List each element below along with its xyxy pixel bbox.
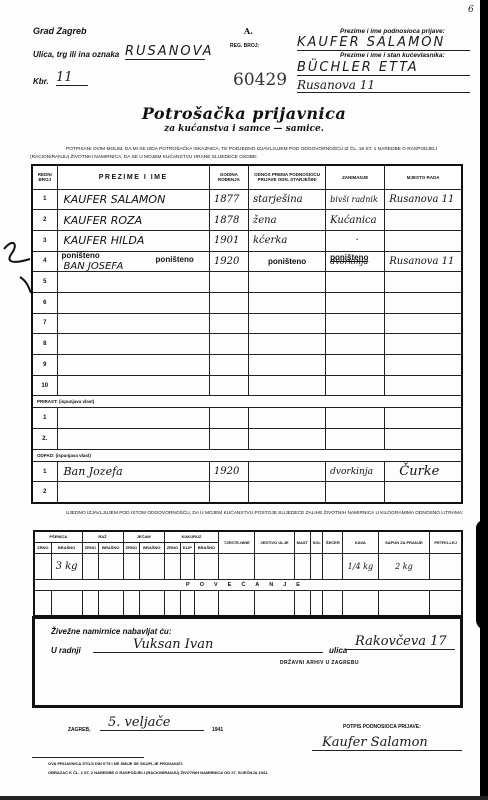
- supply-value: [194, 553, 219, 579]
- arrivals-section-header: PRIRAST: (ispunjava vlast): [32, 396, 462, 408]
- row-number: 2: [32, 210, 57, 231]
- increase-values-row: [34, 590, 462, 616]
- regulation-note: OBRAZAC K ČL. 2 ST. 2 NAREDBE O RASPODJE…: [48, 770, 268, 775]
- date-value: 5. veljače: [100, 715, 204, 731]
- table-row: 5: [32, 272, 462, 293]
- member-workplace: Rusanova 11: [385, 251, 462, 272]
- corner-mark: 6: [468, 5, 474, 15]
- member-occupation: Kućanica: [326, 210, 385, 231]
- shop-label: U radnji: [51, 646, 81, 655]
- departures-label: ODPAD: (ispunjava vlast): [32, 449, 462, 461]
- group-header-corn: KUKURUZ: [164, 531, 219, 542]
- applicant-label: Prezime i ime podnosioca prijave:: [340, 28, 445, 35]
- supply-value: 2 kg: [378, 553, 430, 579]
- table-row: 2: [32, 482, 462, 503]
- supply-value: [430, 553, 462, 579]
- row-number: 4: [32, 251, 57, 272]
- table-row: 8: [32, 334, 462, 355]
- landlord-address: Rusanova 11: [297, 78, 470, 93]
- supply-value: [311, 553, 323, 579]
- member-birth-year: 1901: [209, 230, 248, 251]
- col-header-relation: ODNOS PREMA PODNOSIOCU PRIJAVE ODN. STAR…: [248, 165, 325, 189]
- row-number: 7: [32, 313, 57, 334]
- shop-assignment-box: Živežne namirnice nabavljat ću: U radnji…: [32, 616, 463, 708]
- table-row: 1 Ban Jozefa 1920 dvorkinja Čurke: [32, 461, 462, 482]
- table-row: 7: [32, 313, 462, 334]
- increase-section-label: POVEĆANJE: [34, 579, 462, 590]
- col-header-birth-year: GODINA ROĐENJA: [209, 165, 248, 189]
- registration-label: REG. BROJ:: [230, 43, 259, 49]
- subheader-flour: BRAŠNO: [194, 542, 219, 553]
- member-workplace: Rusanova 11: [385, 189, 462, 210]
- col-header-sugar: ŠEĆER: [323, 531, 343, 553]
- place-label: ZAGREB,: [68, 727, 91, 733]
- member-birth-year: 1877: [209, 189, 248, 210]
- subheader-cob: KLIP: [181, 542, 195, 553]
- table-row: 2 KAUFER ROZA 1878 žena Kućanica: [32, 210, 462, 231]
- row-number: 5: [32, 272, 57, 293]
- member-relation: starješina: [248, 189, 325, 210]
- group-header-wheat: PŠENICA: [34, 531, 82, 542]
- departures-section-header: ODPAD: (ispunjava vlast): [32, 449, 462, 461]
- member-relation: kćerka: [248, 230, 325, 251]
- member-relation: žena: [248, 210, 325, 231]
- scan-edge-damage: [476, 520, 488, 630]
- food-supplies-table: PŠENICA RAŽ JEČAM KUKURUZ TJESTE-NINE JE…: [33, 530, 463, 617]
- subheader-grain: ZRNO: [82, 542, 99, 553]
- year-value: 1941: [212, 727, 223, 733]
- archive-stamp: DRŽAVNI ARHIV U ZAGREBU: [280, 660, 359, 666]
- row-number: 6: [32, 292, 57, 313]
- city-name: Grad Zagreb: [33, 26, 87, 36]
- supply-value: 1/4 kg: [343, 553, 378, 579]
- cancelled-stamp: poništeno: [156, 255, 194, 264]
- col-header-pasta: TJESTE-NINE: [219, 531, 255, 553]
- col-header-soap: SAPUN ZA PRANJE: [378, 531, 430, 553]
- form-letter: A.: [244, 26, 253, 36]
- table-row: 6: [32, 292, 462, 313]
- subheader-flour: BRAŠNO: [51, 542, 82, 553]
- table-row: 1 KAUFER SALAMON 1877 starješina bivši r…: [32, 189, 462, 210]
- member-name: KAUFER HILDA: [57, 230, 209, 251]
- shop-box-label: Živežne namirnice nabavljat ću:: [51, 627, 171, 636]
- table-row: 3 KAUFER HILDA 1901 kćerka ·: [32, 230, 462, 251]
- supply-value: [164, 553, 181, 579]
- supply-value: [82, 553, 99, 579]
- member-occupation: bivši radnik: [326, 189, 385, 210]
- house-number-value: 11: [56, 70, 88, 86]
- shop-street: Rakovčeva 17: [345, 634, 455, 650]
- col-header-number: REDNI BROJ: [32, 165, 57, 189]
- row-number: 10: [32, 375, 57, 396]
- declaration-text: POTPISANI OVIM MOLIM, DA MI SE IZDA POTR…: [30, 146, 470, 162]
- subheader-grain: ZRNO: [164, 542, 181, 553]
- row-number: 1: [32, 461, 57, 482]
- supply-value: [323, 553, 343, 579]
- row-number: 1: [32, 408, 57, 429]
- price-note: OVA PRIJAVNICA STOJI DIN 0'75 I NE SMIJE…: [48, 761, 183, 766]
- row-number: 2.: [32, 429, 57, 450]
- signature: Kaufer Salamon: [312, 735, 462, 751]
- supply-value: [255, 553, 294, 579]
- supply-value: [34, 553, 51, 579]
- signature-label: POTPIS PODNOSIOCA PRIJAVE:: [343, 724, 421, 730]
- member-birth-year: 1920: [209, 251, 248, 272]
- table-row-cancelled: 4 poništeno BAN JOSEFA poništeno 1920 po…: [32, 251, 462, 272]
- table-row: 10: [32, 375, 462, 396]
- footer-divider: [32, 757, 144, 758]
- row-number: 9: [32, 355, 57, 376]
- supply-value: 3 kg: [51, 553, 82, 579]
- departed-relation: [248, 461, 325, 482]
- table-row: 2.: [32, 429, 462, 450]
- scan-bottom-edge: [0, 796, 488, 800]
- street-value: RUSANOVA: [125, 44, 205, 60]
- street-label: Ulica, trg ili ina oznaka: [33, 50, 119, 59]
- supply-value: [294, 553, 311, 579]
- supply-value: [219, 553, 255, 579]
- supplies-declaration: UJEDNO IZJAVLJUJEM POD ISTOM ODGOVORNOŠĆ…: [30, 510, 470, 518]
- subheader-grain: ZRNO: [34, 542, 51, 553]
- applicant-value: KAUFER SALAMON: [297, 35, 470, 51]
- member-birth-year: 1878: [209, 210, 248, 231]
- supply-value: [99, 553, 124, 579]
- subheader-grain: ZRNO: [123, 542, 140, 553]
- landlord-name: BÜCHLER ETTA: [297, 60, 470, 76]
- cancelled-stamp: poništeno: [62, 251, 100, 260]
- col-header-name: PREZIME I IME: [57, 165, 209, 189]
- cancelled-stamp: poništeno: [268, 257, 306, 266]
- landlord-label: Prezime i ime i stan kućevlasnika:: [340, 52, 445, 59]
- col-header-oil: JESTIVO ULJE: [255, 531, 294, 553]
- form-title: Potrošačka prijavnica: [0, 104, 488, 123]
- subheader-flour: BRAŠNO: [140, 542, 165, 553]
- form-subtitle: za kućanstva i samce — samice.: [0, 124, 488, 134]
- departed-birth-year: 1920: [209, 461, 248, 482]
- supply-value: [181, 553, 195, 579]
- departed-occupation: dvorkinja: [326, 461, 385, 482]
- table-row: 1: [32, 408, 462, 429]
- member-name: KAUFER ROZA: [57, 210, 209, 231]
- table-header-row: REDNI BROJ PREZIME I IME GODINA ROĐENJA …: [32, 165, 462, 189]
- departed-destination: Čurke: [385, 461, 462, 482]
- supply-value: [123, 553, 140, 579]
- col-header-lard: MAST: [294, 531, 311, 553]
- table-row: 9: [32, 355, 462, 376]
- cancelled-stamp: poništeno: [330, 253, 368, 262]
- member-occupation: ·: [326, 230, 385, 251]
- col-header-kerosene: PETRO-LEJ: [430, 531, 462, 553]
- group-header-barley: JEČAM: [123, 531, 164, 542]
- group-header-rye: RAŽ: [82, 531, 123, 542]
- member-workplace: [385, 230, 462, 251]
- member-workplace: [385, 210, 462, 231]
- row-number: 3: [32, 230, 57, 251]
- row-number: 2: [32, 482, 57, 503]
- shop-name: Vuksan Ivan: [93, 637, 323, 653]
- supplies-values-row: 3 kg 1/4 kg 2 kg: [34, 553, 462, 579]
- row-number: 8: [32, 334, 57, 355]
- subheader-flour: BRAŠNO: [99, 542, 124, 553]
- document-page: 6 Grad Zagreb Ulica, trg ili ina oznaka …: [0, 0, 488, 800]
- house-number-label: Kbr.: [33, 77, 49, 86]
- row-number: 1: [32, 189, 57, 210]
- col-header-occupation: ZANIMANJE: [326, 165, 385, 189]
- col-header-coffee: KAVA: [343, 531, 378, 553]
- handwritten-bracket-mark: [0, 235, 34, 305]
- departed-name: Ban Jozefa: [57, 461, 209, 482]
- registration-number: 60429: [233, 70, 287, 90]
- arrivals-label: PRIRAST: (ispunjava vlast): [32, 396, 462, 408]
- household-members-table: REDNI BROJ PREZIME I IME GODINA ROĐENJA …: [31, 164, 463, 504]
- member-name: BAN JOSEFA: [64, 261, 124, 272]
- supply-value: [140, 553, 165, 579]
- col-header-workplace: MJESTO RADA: [385, 165, 462, 189]
- member-name: KAUFER SALAMON: [57, 189, 209, 210]
- col-header-salt: SOL: [311, 531, 323, 553]
